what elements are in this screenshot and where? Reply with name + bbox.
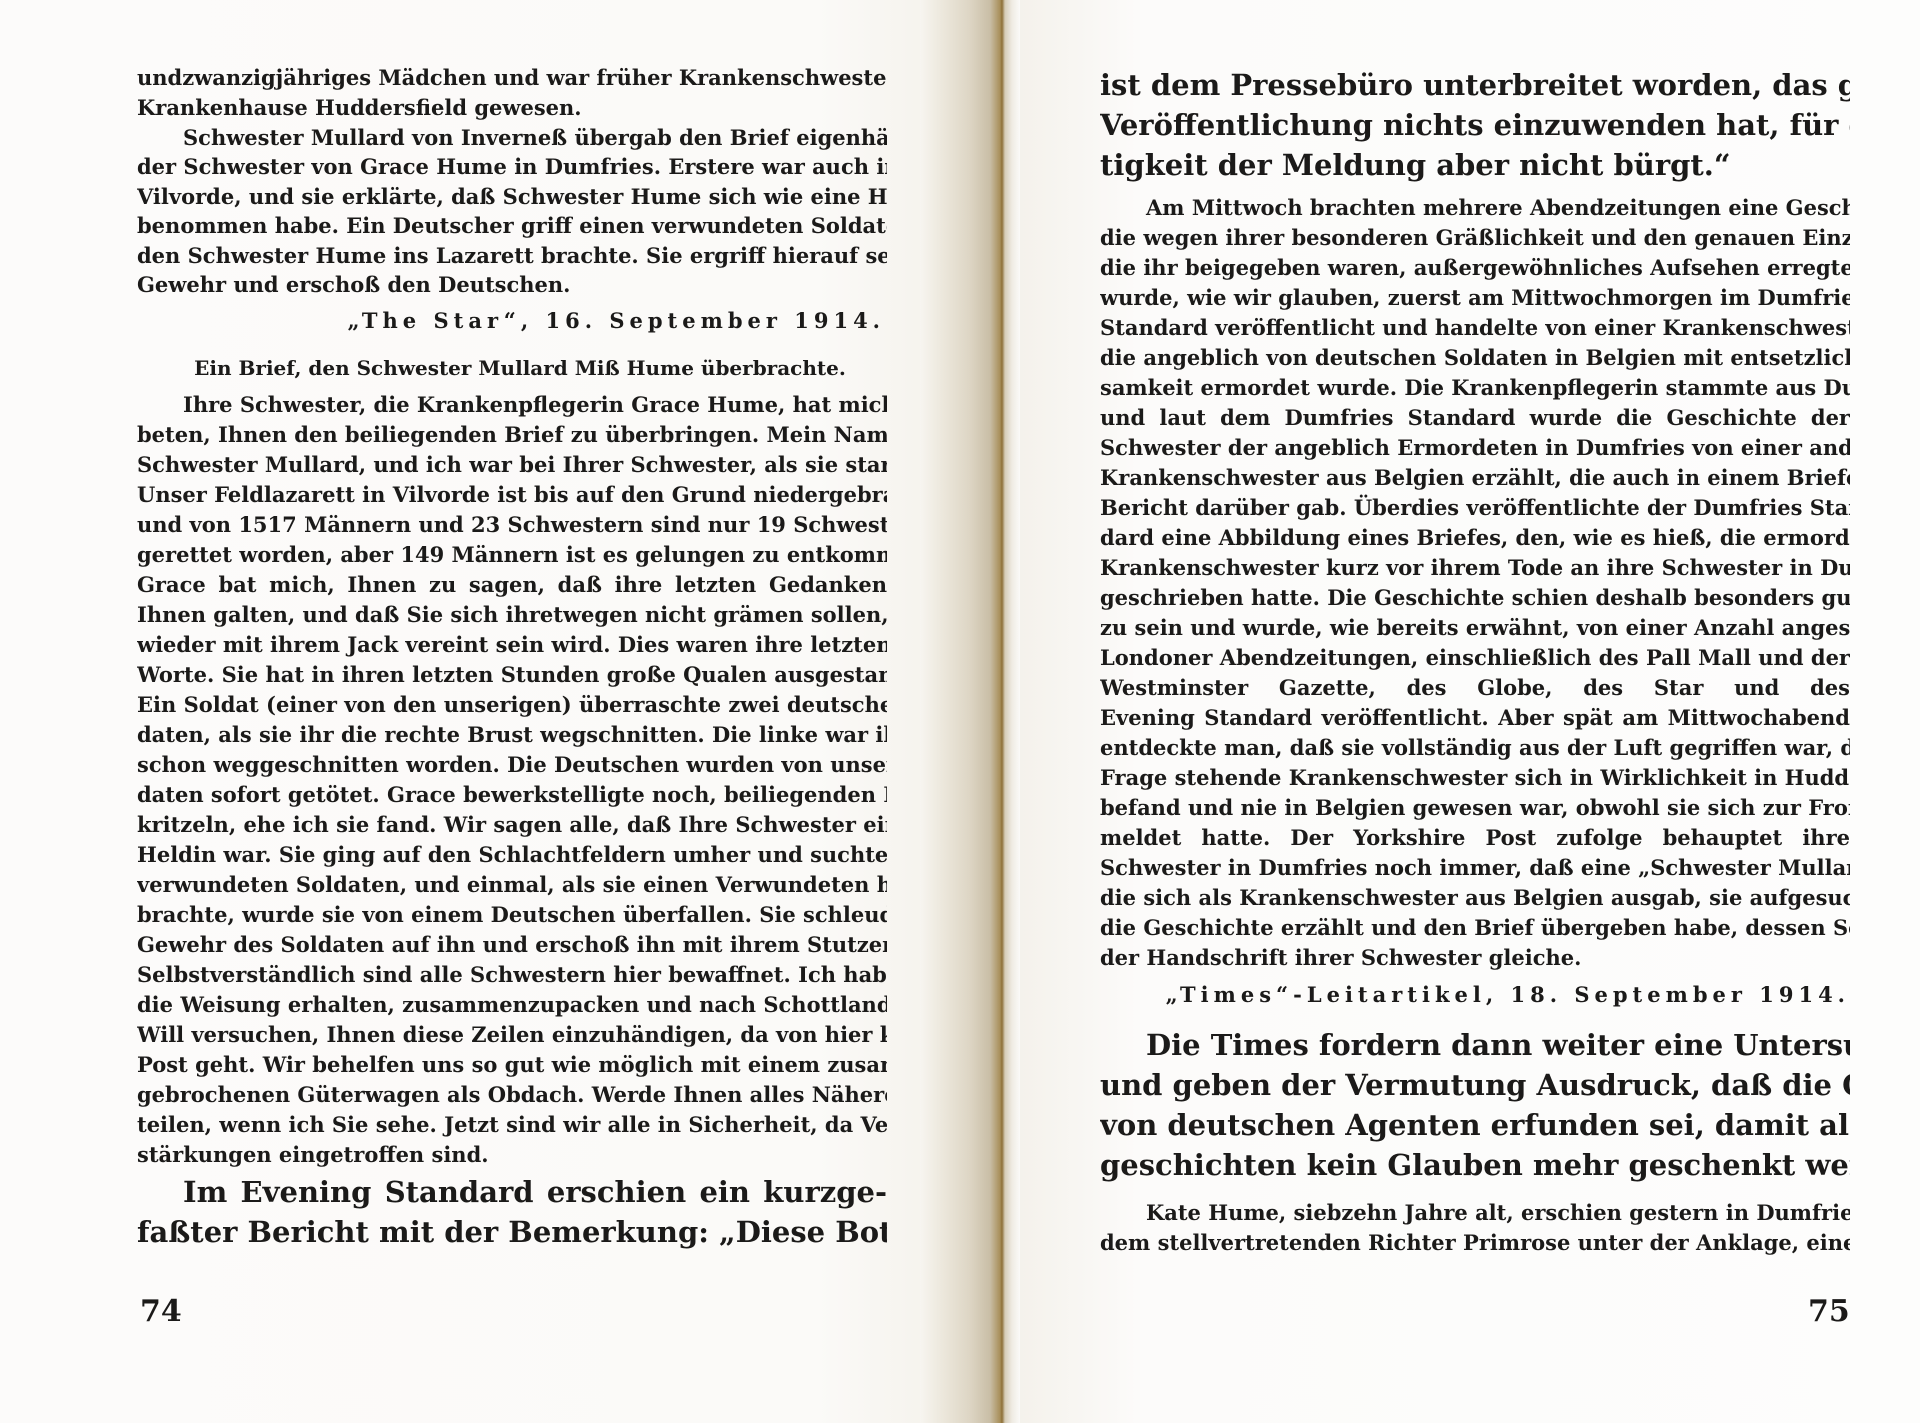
text-line: meldet hatte. Der Yorkshire Post zufolge… <box>1100 823 1850 853</box>
commentary-line: faßter Bericht mit der Bemerkung: „Diese… <box>137 1212 887 1252</box>
text-line: Standard veröffentlicht und handelte von… <box>1100 313 1850 343</box>
source-citation: „The Star“, 16. September 1914. <box>345 306 885 336</box>
text-line: wurde, wie wir glauben, zuerst am Mittwo… <box>1100 283 1850 313</box>
text-line: Heldin war. Sie ging auf den Schlachtfel… <box>137 840 887 870</box>
letter-heading: Ein Brief, den Schwester Mullard Miß Hum… <box>180 353 860 383</box>
text-line: Gewehr und erschoß den Deutschen. <box>137 270 887 300</box>
commentary-line: Die Times fordern dann weiter eine Unter… <box>1100 1025 1850 1065</box>
text-line: Selbstverständlich sind alle Schwestern … <box>137 960 887 990</box>
text-line: beten, Ihnen den beiliegenden Brief zu ü… <box>137 420 887 450</box>
text-line: daten, als sie ihr die rechte Brust wegs… <box>137 720 887 750</box>
text-line: Krankenschwester kurz vor ihrem Tode an … <box>1100 553 1850 583</box>
text-line: kritzeln, ehe ich sie fand. Wir sagen al… <box>137 810 887 840</box>
text-line: Post geht. Wir behelfen uns so gut wie m… <box>137 1050 887 1080</box>
text-line: Grace bat mich, Ihnen zu sagen, daß ihre… <box>137 570 887 600</box>
text-line: Ihre Schwester, die Krankenpflegerin Gra… <box>137 390 887 420</box>
text-line: gerettet worden, aber 149 Männern ist es… <box>137 540 887 570</box>
text-line: entdeckte man, daß sie vollständig aus d… <box>1100 733 1850 763</box>
commentary-line: tigkeit der Meldung aber nicht bürgt.“ <box>1100 145 1850 185</box>
text-line: undzwanzigjähriges Mädchen und war frühe… <box>137 63 887 93</box>
text-line: wieder mit ihrem Jack vereint sein wird.… <box>137 630 887 660</box>
text-line: Londoner Abendzeitungen, einschließlich … <box>1100 643 1850 673</box>
text-line: die wegen ihrer besonderen Gräßlichkeit … <box>1100 223 1850 253</box>
text-line: Evening Standard veröffentlicht. Aber sp… <box>1100 703 1850 733</box>
text-line: Vilvorde, und sie erklärte, daß Schweste… <box>137 182 887 212</box>
text-line: Schwester der angeblich Ermordeten in Du… <box>1100 433 1850 463</box>
text-line: Ihnen galten, und daß Sie sich ihretwege… <box>137 600 887 630</box>
page-number-left: 74 <box>140 1294 182 1329</box>
page-number-right: 75 <box>1808 1294 1850 1329</box>
text-line: und von 1517 Männern und 23 Schwestern s… <box>137 510 887 540</box>
text-line: daten sofort getötet. Grace bewerkstelli… <box>137 780 887 810</box>
text-line: stärkungen eingetroffen sind. <box>137 1140 887 1170</box>
text-line: brachte, wurde sie von einem Deutschen ü… <box>137 900 887 930</box>
text-line: die angeblich von deutschen Soldaten in … <box>1100 343 1850 373</box>
text-line: Krankenhause Huddersfield gewesen. <box>137 93 887 123</box>
text-line: der Schwester von Grace Hume in Dumfries… <box>137 152 887 182</box>
text-line: Schwester Mullard, und ich war bei Ihrer… <box>137 450 887 480</box>
text-line: Bericht darüber gab. Überdies veröffentl… <box>1100 493 1850 523</box>
source-citation: „Times“-Leitartikel, 18. September 1914. <box>1150 980 1850 1010</box>
text-line: befand und nie in Belgien gewesen war, o… <box>1100 793 1850 823</box>
commentary-line: von deutschen Agenten erfunden sei, dami… <box>1100 1105 1850 1145</box>
commentary-line: ist dem Pressebüro unterbreitet worden, … <box>1100 65 1850 105</box>
text-line: dem stellvertretenden Richter Primrose u… <box>1100 1228 1850 1258</box>
text-line: benommen habe. Ein Deutscher griff einen… <box>137 211 887 241</box>
text-line: und laut dem Dumfries Standard wurde die… <box>1100 403 1850 433</box>
text-line: verwundeten Soldaten, und einmal, als si… <box>137 870 887 900</box>
text-line: Gewehr des Soldaten auf ihn und erschoß … <box>137 930 887 960</box>
commentary-line: Im Evening Standard erschien ein kurzge- <box>137 1172 887 1212</box>
text-line: Kate Hume, siebzehn Jahre alt, erschien … <box>1100 1198 1850 1228</box>
text-line: die Geschichte erzählt und den Brief übe… <box>1100 913 1850 943</box>
text-line: teilen, wenn ich Sie sehe. Jetzt sind wi… <box>137 1110 887 1140</box>
text-line: Am Mittwoch brachten mehrere Abendzeitun… <box>1100 193 1850 223</box>
text-line: gebrochenen Güterwagen als Obdach. Werde… <box>137 1080 887 1110</box>
text-line: Schwester in Dumfries noch immer, daß ei… <box>1100 853 1850 883</box>
text-line: die Weisung erhalten, zusammenzupacken u… <box>137 990 887 1020</box>
text-line: den Schwester Hume ins Lazarett brachte.… <box>137 241 887 271</box>
commentary-line: Veröffentlichung nichts einzuwenden hat,… <box>1100 105 1850 145</box>
text-line: Will versuchen, Ihnen diese Zeilen einzu… <box>137 1020 887 1050</box>
text-line: Frage stehende Krankenschwester sich in … <box>1100 763 1850 793</box>
text-line: Worte. Sie hat in ihren letzten Stunden … <box>137 660 887 690</box>
text-line: samkeit ermordet wurde. Die Krankenpfleg… <box>1100 373 1850 403</box>
text-line: Westminster Gazette, des Globe, des Star… <box>1100 673 1850 703</box>
text-line: schon weggeschnitten worden. Die Deutsch… <box>137 750 887 780</box>
text-line: die sich als Krankenschwester aus Belgie… <box>1100 883 1850 913</box>
text-line: geschrieben hatte. Die Geschichte schien… <box>1100 583 1850 613</box>
text-line: Schwester Mullard von Inverneß übergab d… <box>137 123 887 153</box>
commentary-line: und geben der Vermutung Ausdruck, daß di… <box>1100 1065 1850 1105</box>
book-gutter <box>920 0 1020 1423</box>
text-line: dard eine Abbildung eines Briefes, den, … <box>1100 523 1850 553</box>
text-line: Unser Feldlazarett in Vilvorde ist bis a… <box>137 480 887 510</box>
text-line: Ein Soldat (einer von den unserigen) übe… <box>137 690 887 720</box>
text-line: zu sein und wurde, wie bereits erwähnt, … <box>1100 613 1850 643</box>
commentary-line: geschichten kein Glauben mehr geschenkt … <box>1100 1145 1850 1185</box>
text-line: die ihr beigegeben waren, außergewöhnlic… <box>1100 253 1850 283</box>
text-line: der Handschrift ihrer Schwester gleiche. <box>1100 943 1850 973</box>
text-line: Krankenschwester aus Belgien erzählt, di… <box>1100 463 1850 493</box>
